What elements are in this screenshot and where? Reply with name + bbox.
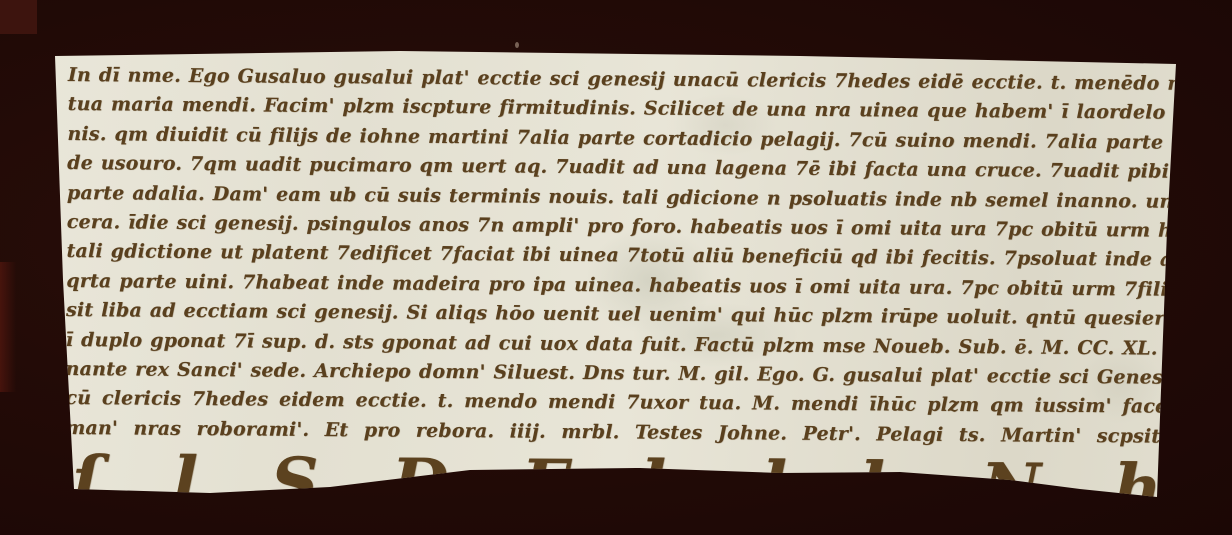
chirograph-letter-tops: ſ l S D F h l h N h [71, 441, 1162, 528]
chirograph-letter: F [521, 445, 568, 523]
manuscript-photo: In dī nme. Ego Gusaluo gusalui plat' ecc… [0, 0, 1232, 535]
background-red-smudge [0, 262, 16, 392]
chirograph-letter: l [173, 442, 199, 520]
dust-speck [515, 42, 519, 48]
chirograph-letter: h [1113, 449, 1162, 527]
parchment-sheet: In dī nme. Ego Gusaluo gusalui plat' ecc… [0, 0, 1232, 535]
background-corner-patch [0, 0, 37, 34]
chirograph-letter: l [761, 446, 787, 524]
chirograph-letter: h [641, 445, 690, 523]
chirograph-letter: ſ [71, 441, 100, 519]
chirograph-letter: h [859, 447, 908, 525]
charter-text: In dī nme. Ego Gusaluo gusalui plat' ecc… [65, 61, 1170, 452]
chirograph-letter: N [980, 448, 1041, 526]
chirograph-letter: D [391, 444, 449, 522]
chirograph-letter: S [270, 443, 318, 521]
